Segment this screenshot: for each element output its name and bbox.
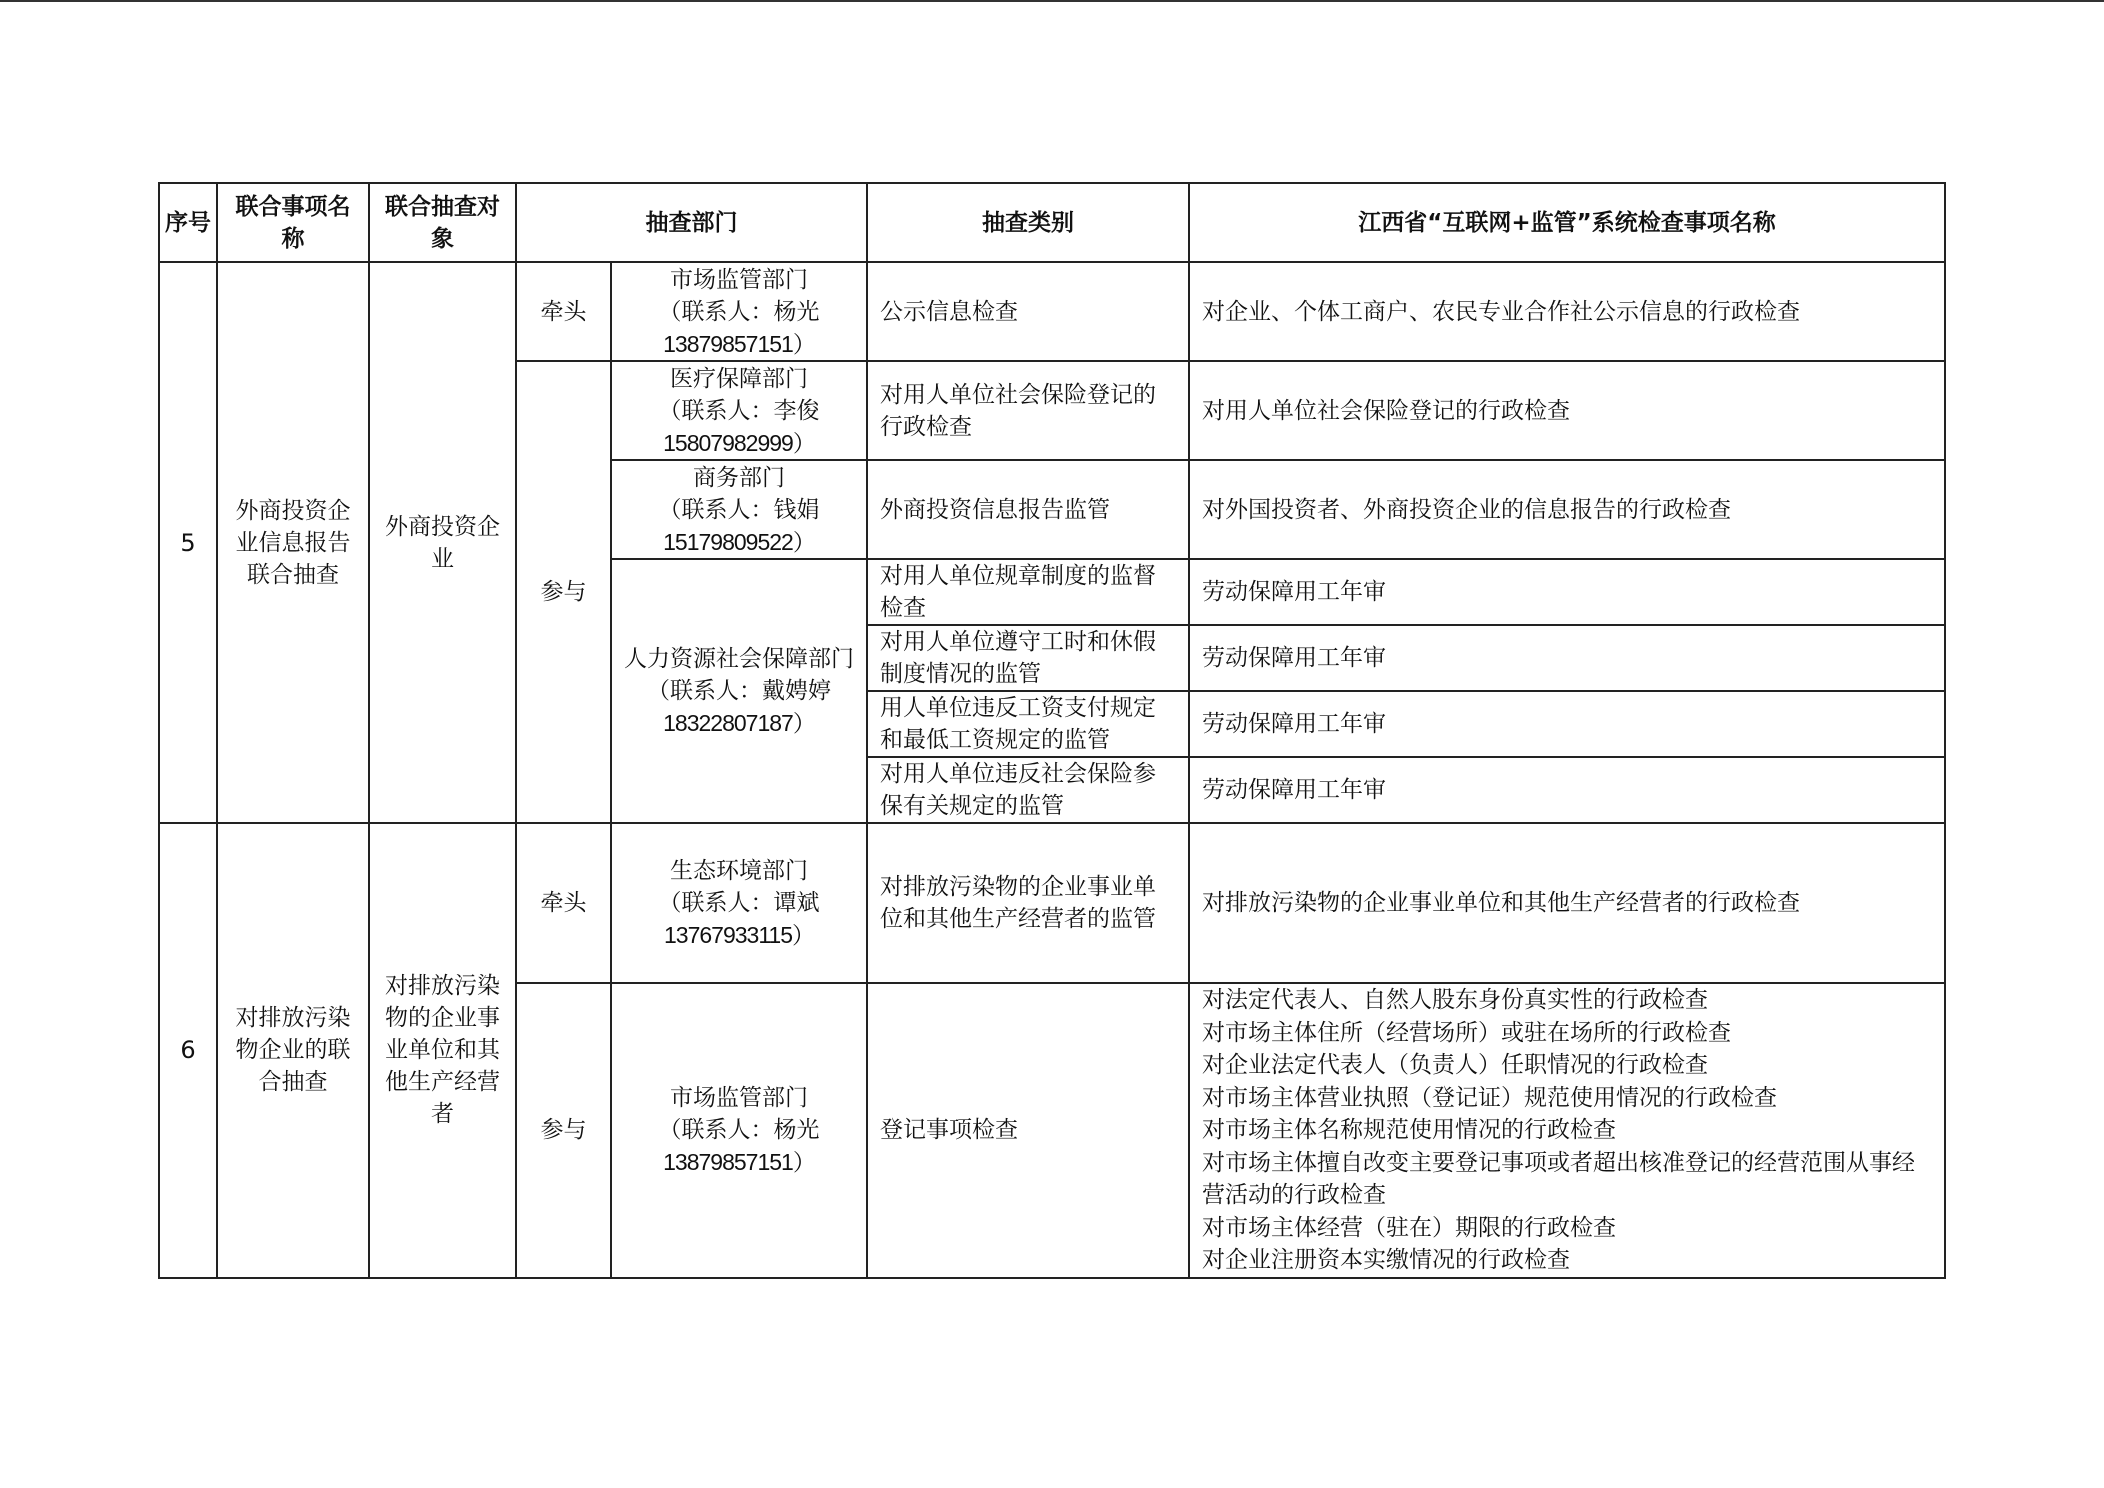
category-cell: 对用人单位违反社会保险参保有关规定的监管	[867, 757, 1189, 823]
seq-cell: 6	[159, 823, 217, 1278]
department-name: 市场监管部门	[624, 264, 854, 296]
item-name-cell: 外商投资企业信息报告联合抽查	[217, 262, 369, 823]
system-item: 对市场主体经营（驻在）期限的行政检查	[1202, 1212, 1932, 1245]
page-top-border	[0, 0, 2104, 2]
system-item-cell: 劳动保障用工年审	[1189, 625, 1945, 691]
system-item-cell: 对外国投资者、外商投资企业的信息报告的行政检查	[1189, 460, 1945, 559]
department-name: 商务部门	[624, 462, 854, 494]
system-item-cell: 对企业、个体工商户、农民专业合作社公示信息的行政检查	[1189, 262, 1945, 361]
category-cell: 公示信息检查	[867, 262, 1189, 361]
department-name: 医疗保障部门	[624, 363, 854, 395]
header-item-name: 联合事项名称	[217, 183, 369, 262]
joint-inspection-table: 序号 联合事项名称 联合抽查对象 抽查部门 抽查类别 江西省“互联网+监管”系统…	[158, 182, 1946, 1279]
contact-phone: 15179809522）	[624, 526, 854, 558]
contact-name: （联系人：谭斌	[624, 887, 854, 919]
category-cell: 对排放污染物的企业事业单位和其他生产经营者的监管	[867, 823, 1189, 983]
category-cell: 用人单位违反工资支付规定和最低工资规定的监管	[867, 691, 1189, 757]
role-cell-participate: 参与	[516, 361, 611, 823]
contact-name: （联系人：杨光	[624, 296, 854, 328]
table-row: 5 外商投资企业信息报告联合抽查 外商投资企业 牵头 市场监管部门 （联系人：杨…	[159, 262, 1945, 361]
header-department: 抽查部门	[516, 183, 867, 262]
system-item-cell: 劳动保障用工年审	[1189, 757, 1945, 823]
contact-phone: 18322807187）	[624, 707, 854, 739]
category-cell: 对用人单位社会保险登记的行政检查	[867, 361, 1189, 460]
system-item: 对市场主体住所（经营场所）或驻在场所的行政检查	[1202, 1017, 1932, 1050]
role-cell-participate: 参与	[516, 983, 611, 1278]
system-item: 对市场主体擅自改变主要登记事项或者超出核准登记的经营范围从事经营活动的行政检查	[1202, 1147, 1932, 1212]
header-category: 抽查类别	[867, 183, 1189, 262]
target-cell: 外商投资企业	[369, 262, 516, 823]
department-name: 市场监管部门	[624, 1082, 854, 1114]
system-item-cell: 对用人单位社会保险登记的行政检查	[1189, 361, 1945, 460]
system-item: 对企业法定代表人（负责人）任职情况的行政检查	[1202, 1049, 1932, 1082]
header-seq: 序号	[159, 183, 217, 262]
category-cell: 对用人单位遵守工时和休假制度情况的监管	[867, 625, 1189, 691]
category-cell: 对用人单位规章制度的监督检查	[867, 559, 1189, 625]
system-item: 对企业注册资本实缴情况的行政检查	[1202, 1244, 1932, 1277]
system-item-cell: 劳动保障用工年审	[1189, 691, 1945, 757]
department-cell: 商务部门 （联系人：钱娟 15179809522）	[611, 460, 867, 559]
system-item: 对市场主体营业执照（登记证）规范使用情况的行政检查	[1202, 1082, 1932, 1115]
department-cell: 市场监管部门 （联系人：杨光 13879857151）	[611, 983, 867, 1278]
system-item-cell: 对排放污染物的企业事业单位和其他生产经营者的行政检查	[1189, 823, 1945, 983]
role-cell-lead: 牵头	[516, 823, 611, 983]
seq-cell: 5	[159, 262, 217, 823]
table-row: 6 对排放污染物企业的联合抽查 对排放污染物的企业事业单位和其他生产经营者 牵头…	[159, 823, 1945, 983]
item-name-cell: 对排放污染物企业的联合抽查	[217, 823, 369, 1278]
department-name: 生态环境部门	[624, 855, 854, 887]
target-cell: 对排放污染物的企业事业单位和其他生产经营者	[369, 823, 516, 1278]
category-cell: 登记事项检查	[867, 983, 1189, 1278]
contact-phone: 13879857151）	[624, 328, 854, 360]
system-item-list-cell: 对法定代表人、自然人股东身份真实性的行政检查 对市场主体住所（经营场所）或驻在场…	[1189, 983, 1945, 1278]
department-cell: 市场监管部门 （联系人：杨光 13879857151）	[611, 262, 867, 361]
department-cell: 医疗保障部门 （联系人：李俊 15807982999）	[611, 361, 867, 460]
header-target: 联合抽查对象	[369, 183, 516, 262]
contact-phone: 13767933115）	[624, 919, 854, 951]
department-cell: 生态环境部门 （联系人：谭斌 13767933115）	[611, 823, 867, 983]
system-item: 对市场主体名称规范使用情况的行政检查	[1202, 1114, 1932, 1147]
system-item: 对法定代表人、自然人股东身份真实性的行政检查	[1202, 984, 1932, 1017]
system-item-cell: 劳动保障用工年审	[1189, 559, 1945, 625]
header-row: 序号 联合事项名称 联合抽查对象 抽查部门 抽查类别 江西省“互联网+监管”系统…	[159, 183, 1945, 262]
contact-name: （联系人：杨光	[624, 1114, 854, 1146]
department-name: 人力资源社会保障部门（联系人：戴娉婷	[624, 643, 854, 707]
role-cell-lead: 牵头	[516, 262, 611, 361]
category-cell: 外商投资信息报告监管	[867, 460, 1189, 559]
contact-phone: 15807982999）	[624, 427, 854, 459]
department-cell: 人力资源社会保障部门（联系人：戴娉婷 18322807187）	[611, 559, 867, 823]
header-system-item: 江西省“互联网+监管”系统检查事项名称	[1189, 183, 1945, 262]
contact-name: （联系人：李俊	[624, 395, 854, 427]
contact-phone: 13879857151）	[624, 1146, 854, 1178]
contact-name: （联系人：钱娟	[624, 494, 854, 526]
